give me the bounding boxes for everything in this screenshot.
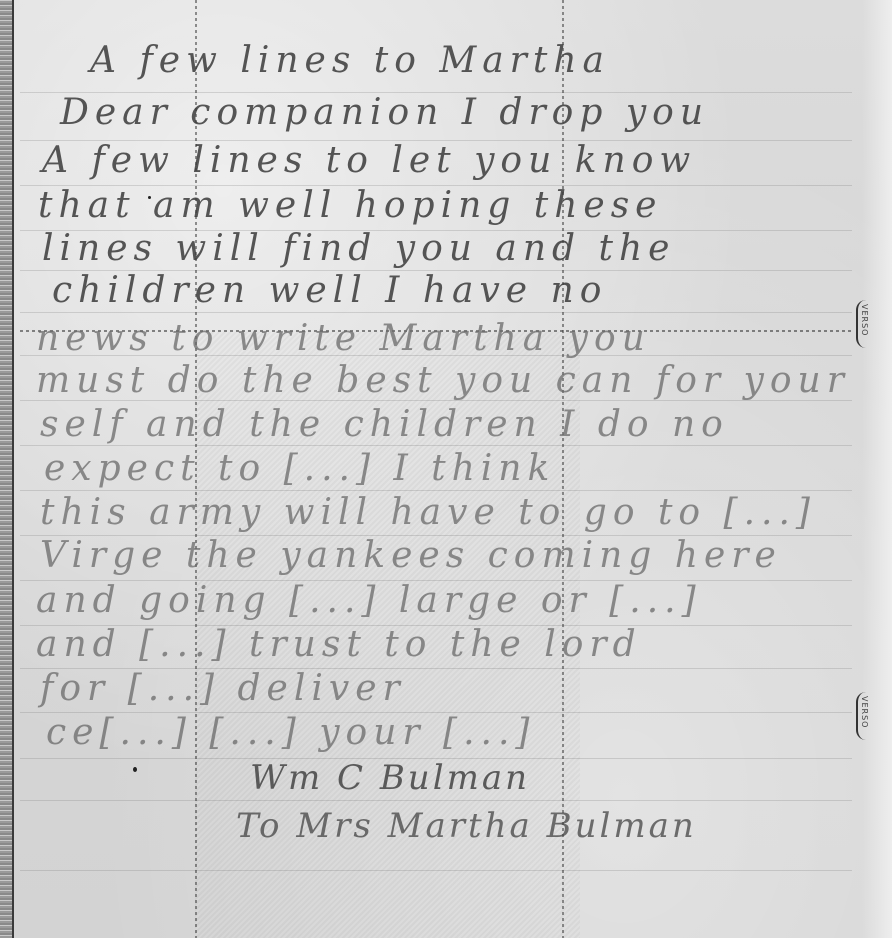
letter-line-1: A few lines to Martha [90, 40, 610, 81]
letter-line-5: lines will find you and the [42, 228, 675, 269]
letter-line-16: ce[...] [...] your [...] [46, 712, 535, 753]
letter-line-13: and going [...] large or [...] [36, 580, 702, 621]
verso-tab-lower: VERSO [856, 692, 874, 740]
verso-tab-label: VERSO [860, 304, 869, 336]
letter-page: A few lines to Martha Dear companion I d… [0, 0, 892, 938]
letter-line-9: self and the children I do no [40, 404, 729, 445]
ink-speck [133, 767, 137, 772]
ruled-line [20, 312, 852, 313]
letter-line-11: this army will have to go to [...] [40, 492, 816, 533]
scan-edge-line [12, 0, 14, 938]
letter-line-15: for [...] deliver [40, 668, 406, 709]
verso-tab-upper: VERSO [856, 300, 874, 348]
letter-line-7: news to write Martha you [36, 318, 651, 359]
right-margin [862, 0, 892, 938]
letter-line-8: must do the best you can for your [36, 360, 850, 401]
addressee-line: To Mrs Martha Bulman [236, 806, 697, 846]
letter-line-6: children well I have no [52, 270, 607, 311]
letter-line-14: and [...] trust to the lord [36, 624, 642, 665]
signature: Wm C Bulman [250, 758, 530, 798]
scan-left-edge [0, 0, 12, 938]
ink-speck [148, 196, 151, 199]
letter-line-3: A few lines to let you know [42, 140, 696, 181]
letter-line-10: expect to [...] I think [44, 448, 555, 489]
letter-line-4: that am well hoping these [38, 185, 663, 226]
verso-tab-label: VERSO [860, 696, 869, 728]
letter-line-2: Dear companion I drop you [60, 92, 709, 133]
letter-line-12: Virge the yankees coming here [40, 535, 782, 576]
